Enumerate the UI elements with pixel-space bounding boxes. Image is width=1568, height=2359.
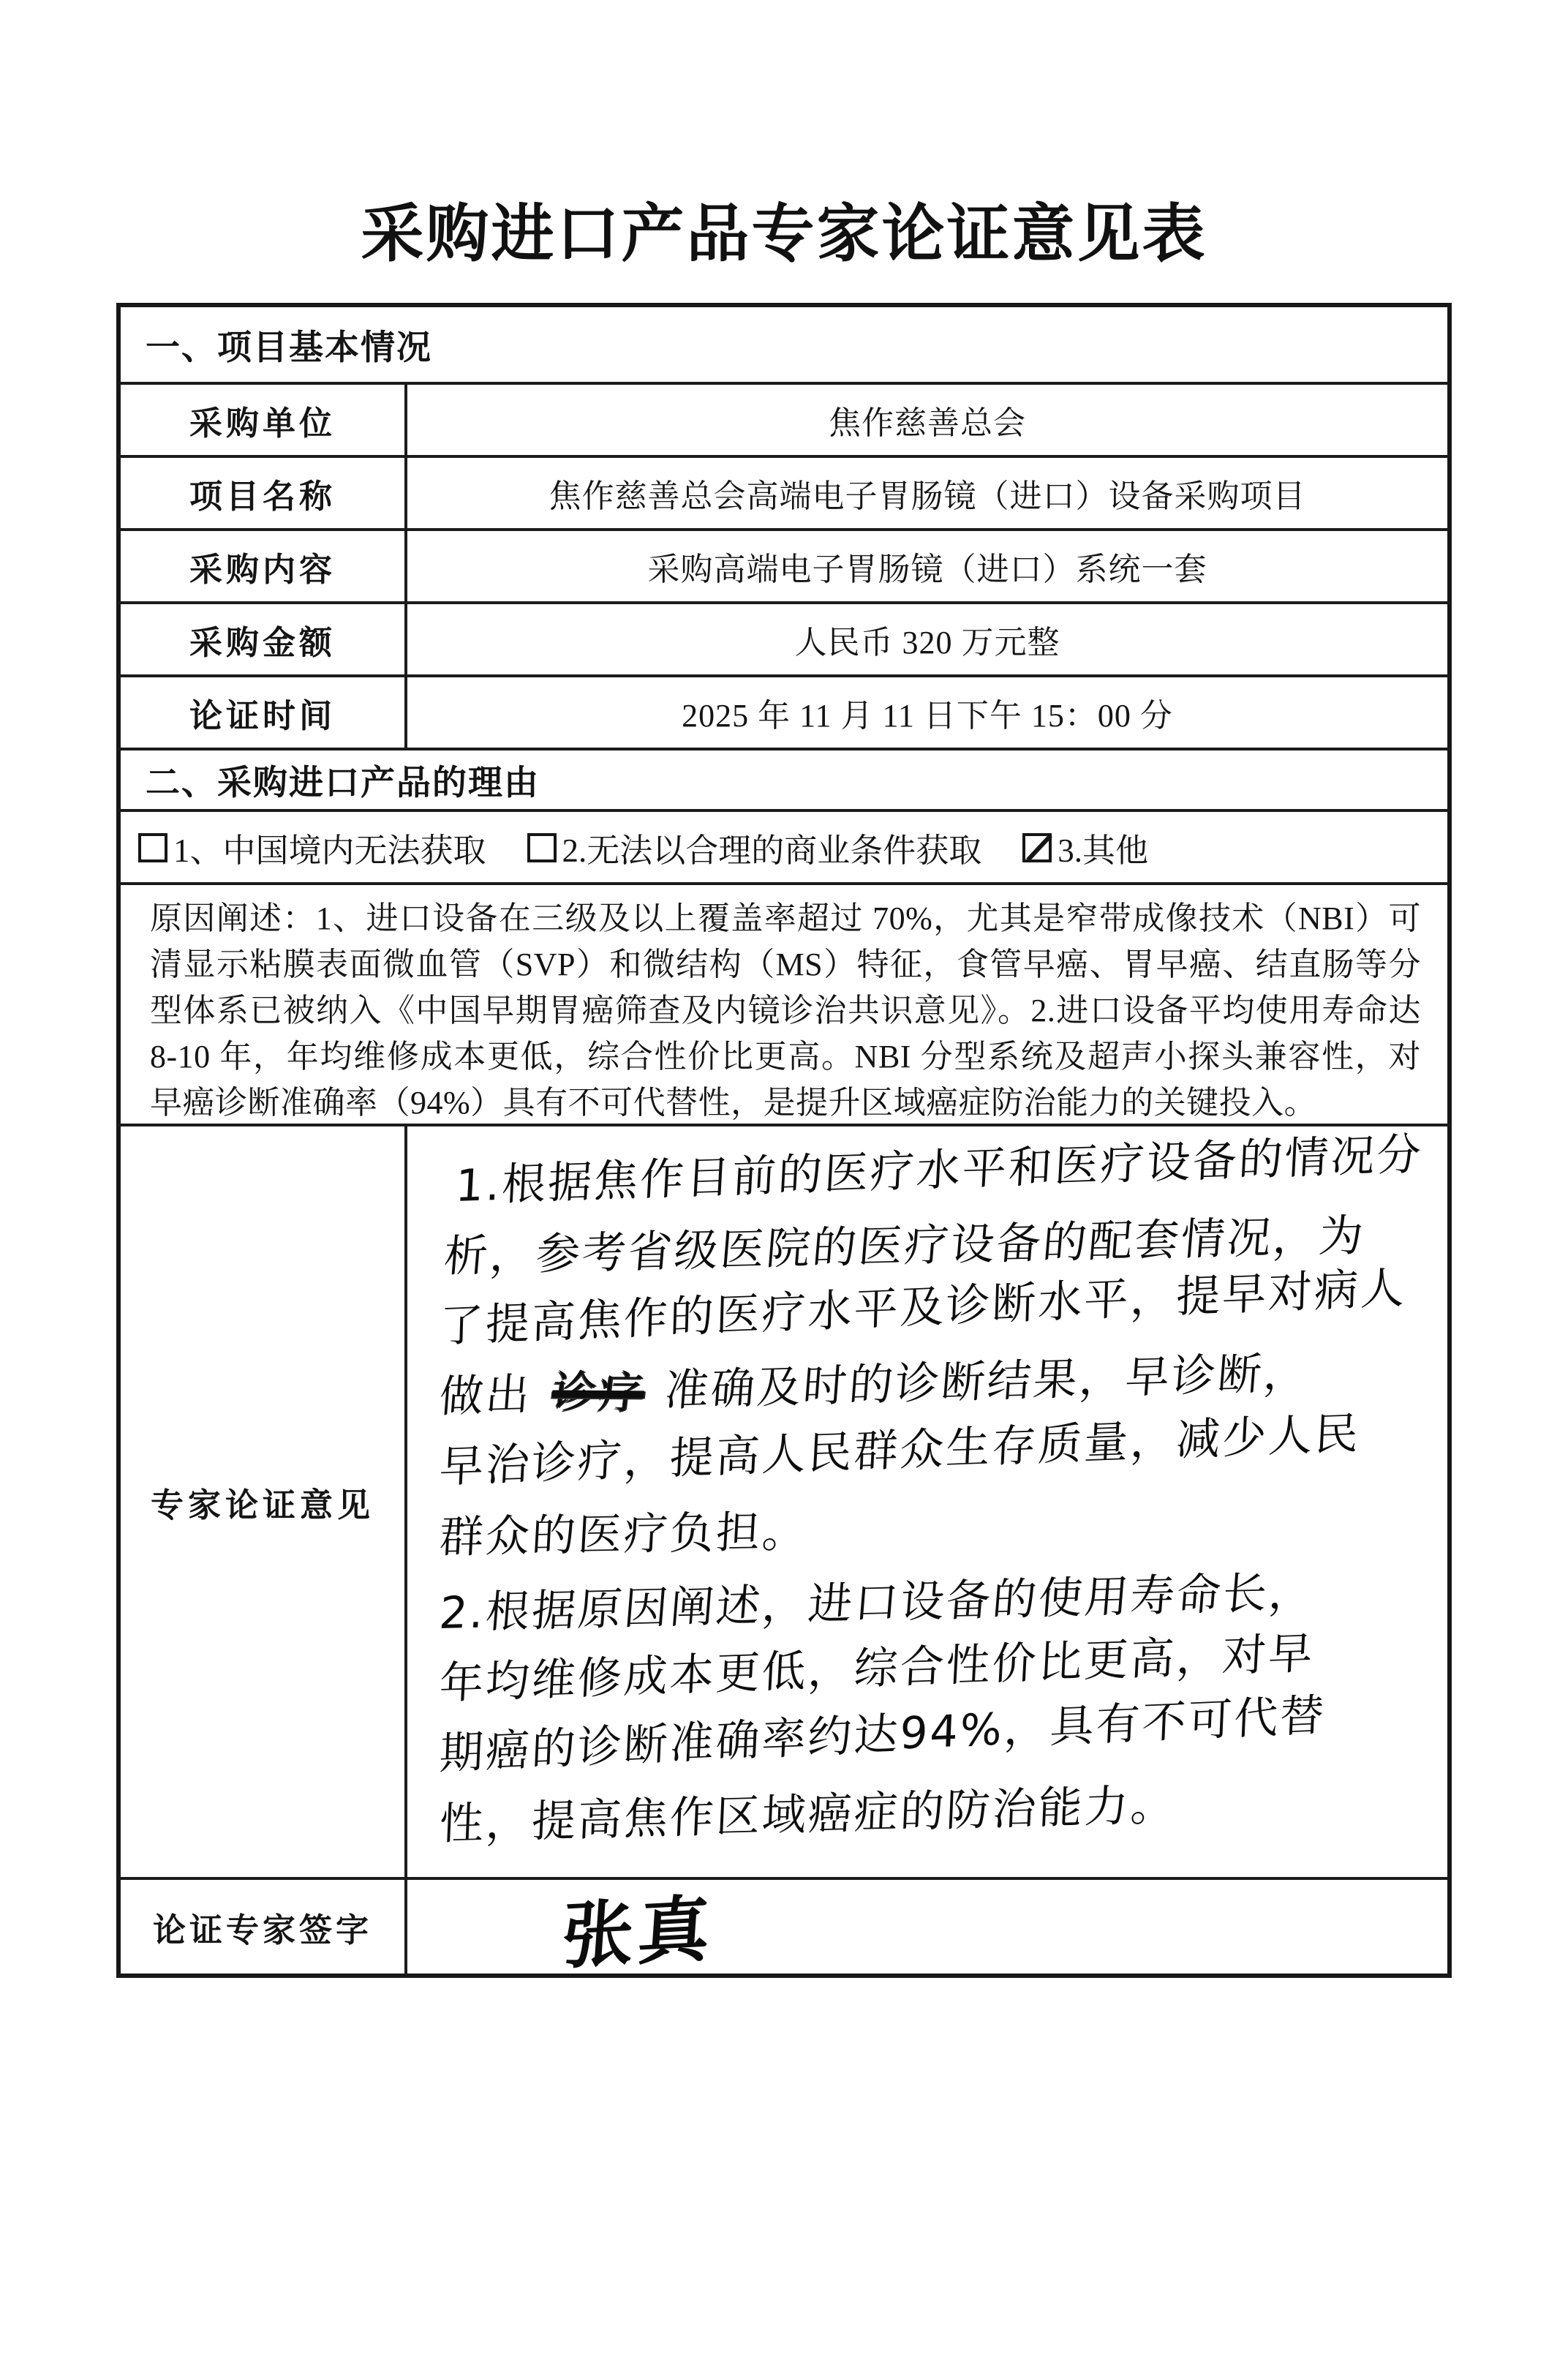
reason-option-1: 1、中国境内无法获取 [138,824,486,871]
section2-header-row: 二、采购进口产品的理由 [121,748,1447,809]
table-row-purchaser: 采购单位 焦作慈善总会 [121,382,1447,455]
table-row-project-name: 项目名称 焦作慈善总会高端电子胃肠镜（进口）设备采购项目 [121,455,1447,528]
row-label-purchaser: 采购单位 [121,385,407,455]
checkbox-unchecked-icon [527,833,557,862]
reason-statement-row: 原因阐述：1、进口设备在三级及以上覆盖率超过 70%，尤其是窄带成像技术（NBI… [121,882,1447,1124]
reason-option-2: 2.无法以合理的商业条件获取 [527,824,982,871]
table-row-purchase-content: 采购内容 采购高端电子胃肠镜（进口）系统一套 [121,528,1447,601]
row-value-review-time: 2025 年 11 月 11 日下午 15：00 分 [407,677,1447,748]
page-title: 采购进口产品专家论证意见表 [0,0,1568,274]
reason-option-1-label: 1、中国境内无法获取 [173,824,486,871]
scanned-document-page: 采购进口产品专家论证意见表 一、项目基本情况 采购单位 焦作慈善总会 项目名称 … [0,0,1568,2359]
section2-title: 二、采购进口产品的理由 [146,756,540,805]
checkbox-unchecked-icon [138,833,167,862]
row-label-project-name: 项目名称 [121,458,407,528]
expert-opinion-row: 专家论证意见 1.根据焦作目前的医疗水平和医疗设备的情况分 析，参考省级医院的医… [121,1124,1447,1877]
signature-cell: 张真 [407,1880,1447,1974]
row-label-purchase-amount: 采购金额 [121,604,407,674]
reason-option-3-label: 3.其他 [1058,824,1148,871]
expert-signature: 张真 [559,1871,718,1983]
section1-title: 一、项目基本情况 [146,320,432,369]
row-value-purchase-content: 采购高端电子胃肠镜（进口）系统一套 [407,531,1447,601]
reason-statement: 原因阐述：1、进口设备在三级及以上覆盖率超过 70%，尤其是窄带成像技术（NBI… [121,885,1447,1124]
expert-signature-row: 论证专家签字 张真 [121,1877,1447,1974]
row-value-project-name: 焦作慈善总会高端电子胃肠镜（进口）设备采购项目 [407,458,1447,528]
opinion-handwriting-area: 1.根据焦作目前的医疗水平和医疗设备的情况分 析，参考省级医院的医疗设备的配套情… [407,1126,1447,1877]
checkbox-checked-icon [1022,833,1052,862]
form-table: 一、项目基本情况 采购单位 焦作慈善总会 项目名称 焦作慈善总会高端电子胃肠镜（… [116,303,1452,1978]
signature-label: 论证专家签字 [121,1880,407,1974]
opinion-label: 专家论证意见 [121,1126,407,1877]
row-value-purchase-amount: 人民币 320 万元整 [407,604,1447,674]
row-value-purchaser: 焦作慈善总会 [407,385,1447,455]
table-row-review-time: 论证时间 2025 年 11 月 11 日下午 15：00 分 [121,674,1447,748]
check-mark-icon [1026,834,1052,862]
row-label-review-time: 论证时间 [121,677,407,748]
reason-options-row: 1、中国境内无法获取 2.无法以合理的商业条件获取 3.其他 [121,809,1447,882]
handwritten-text: 做出 [437,1369,533,1423]
scribbled-out-text: 诊疗 [549,1357,648,1428]
table-row-purchase-amount: 采购金额 人民币 320 万元整 [121,601,1447,674]
section1-header-row: 一、项目基本情况 [121,307,1447,382]
row-label-purchase-content: 采购内容 [121,531,407,601]
reason-option-2-label: 2.无法以合理的商业条件获取 [562,824,982,871]
reason-option-3: 3.其他 [1022,824,1148,871]
